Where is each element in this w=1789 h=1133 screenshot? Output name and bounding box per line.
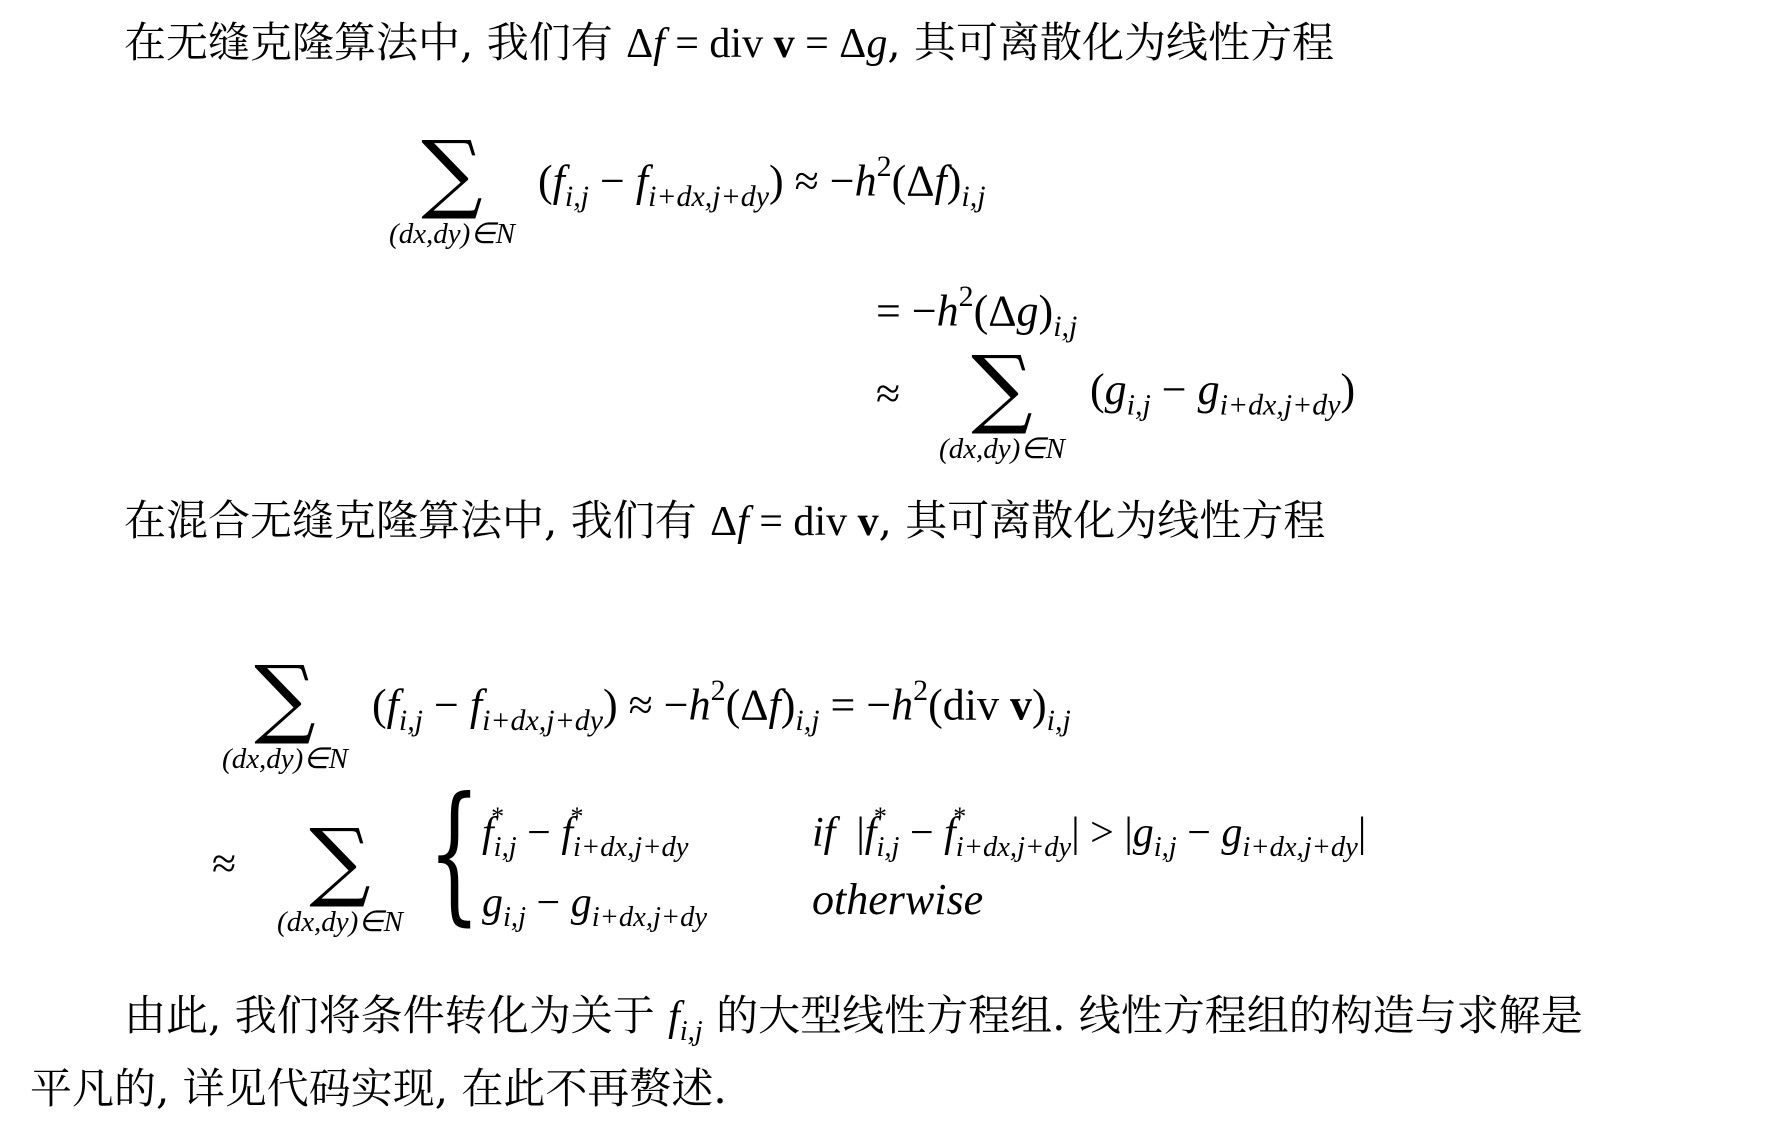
case2-condition: otherwise: [812, 878, 983, 922]
summation-symbol: ∑ (dx,dy)∈N: [372, 130, 532, 251]
summation-limit: (dx,dy)∈N: [372, 216, 532, 251]
paragraph-mixed-seamless-cloning: 在混合无缝克隆算法中, 我们有 Δf = div v, 其可离散化为线性方程: [124, 500, 1325, 543]
cases-brace: {: [428, 778, 480, 928]
paragraph-text: 由此, 我们将条件转化为关于: [124, 991, 668, 1040]
equation1-line2: = −h2(Δg)i,j: [876, 282, 1077, 342]
summation-limit: (dx,dy)∈N: [260, 904, 420, 939]
equation1-line1: (fi,j − fi+dx,j+dy) ≈ −h2(Δf)i,j: [538, 152, 986, 212]
case2-expression: gi,j − gi+dx,j+dy: [482, 882, 707, 933]
equation2-line2-approx: ≈: [212, 842, 236, 886]
summation-symbol: ∑ (dx,dy)∈N: [205, 655, 365, 776]
equation1-line3: (gi,j − gi+dx,j+dy): [1090, 368, 1355, 420]
case1-condition: if |f*i,j − f*i+dx,j+dy| > |gi,j − gi+dx…: [812, 812, 1366, 863]
inline-math: Δf = div v: [710, 499, 879, 545]
inline-math: fi,j: [668, 994, 703, 1040]
equation2-line1: (fi,j − fi+dx,j+dy) ≈ −h2(Δf)i,j = −h2(d…: [372, 676, 1071, 736]
summation-limit: (dx,dy)∈N: [922, 431, 1082, 466]
inline-math: Δf = div v = Δg: [626, 21, 887, 67]
paragraph-conclusion-line2: 平凡的, 详见代码实现, 在此不再赘述.: [30, 1068, 727, 1110]
paragraph-text: 的大型线性方程组. 线性方程组的构造与求解是: [703, 991, 1583, 1040]
summation-symbol: ∑ (dx,dy)∈N: [260, 818, 420, 939]
paragraph-seamless-cloning: 在无缝克隆算法中, 我们有 Δf = div v = Δg, 其可离散化为线性方…: [124, 22, 1334, 65]
summation-symbol: ∑ (dx,dy)∈N: [922, 345, 1082, 466]
paragraph-conclusion-line1: 由此, 我们将条件转化为关于 fi,j 的大型线性方程组. 线性方程组的构造与求…: [124, 995, 1583, 1047]
paragraph-text: 在混合无缝克隆算法中, 我们有: [124, 496, 710, 545]
summation-limit: (dx,dy)∈N: [205, 741, 365, 776]
equation1-line3-approx: ≈: [876, 372, 900, 416]
paragraph-text: , 其可离散化为线性方程: [887, 18, 1334, 67]
case1-expression: f*i,j − f*i+dx,j+dy: [482, 812, 688, 863]
paragraph-text: , 其可离散化为线性方程: [879, 496, 1326, 545]
paragraph-text: 在无缝克隆算法中, 我们有: [124, 18, 626, 67]
